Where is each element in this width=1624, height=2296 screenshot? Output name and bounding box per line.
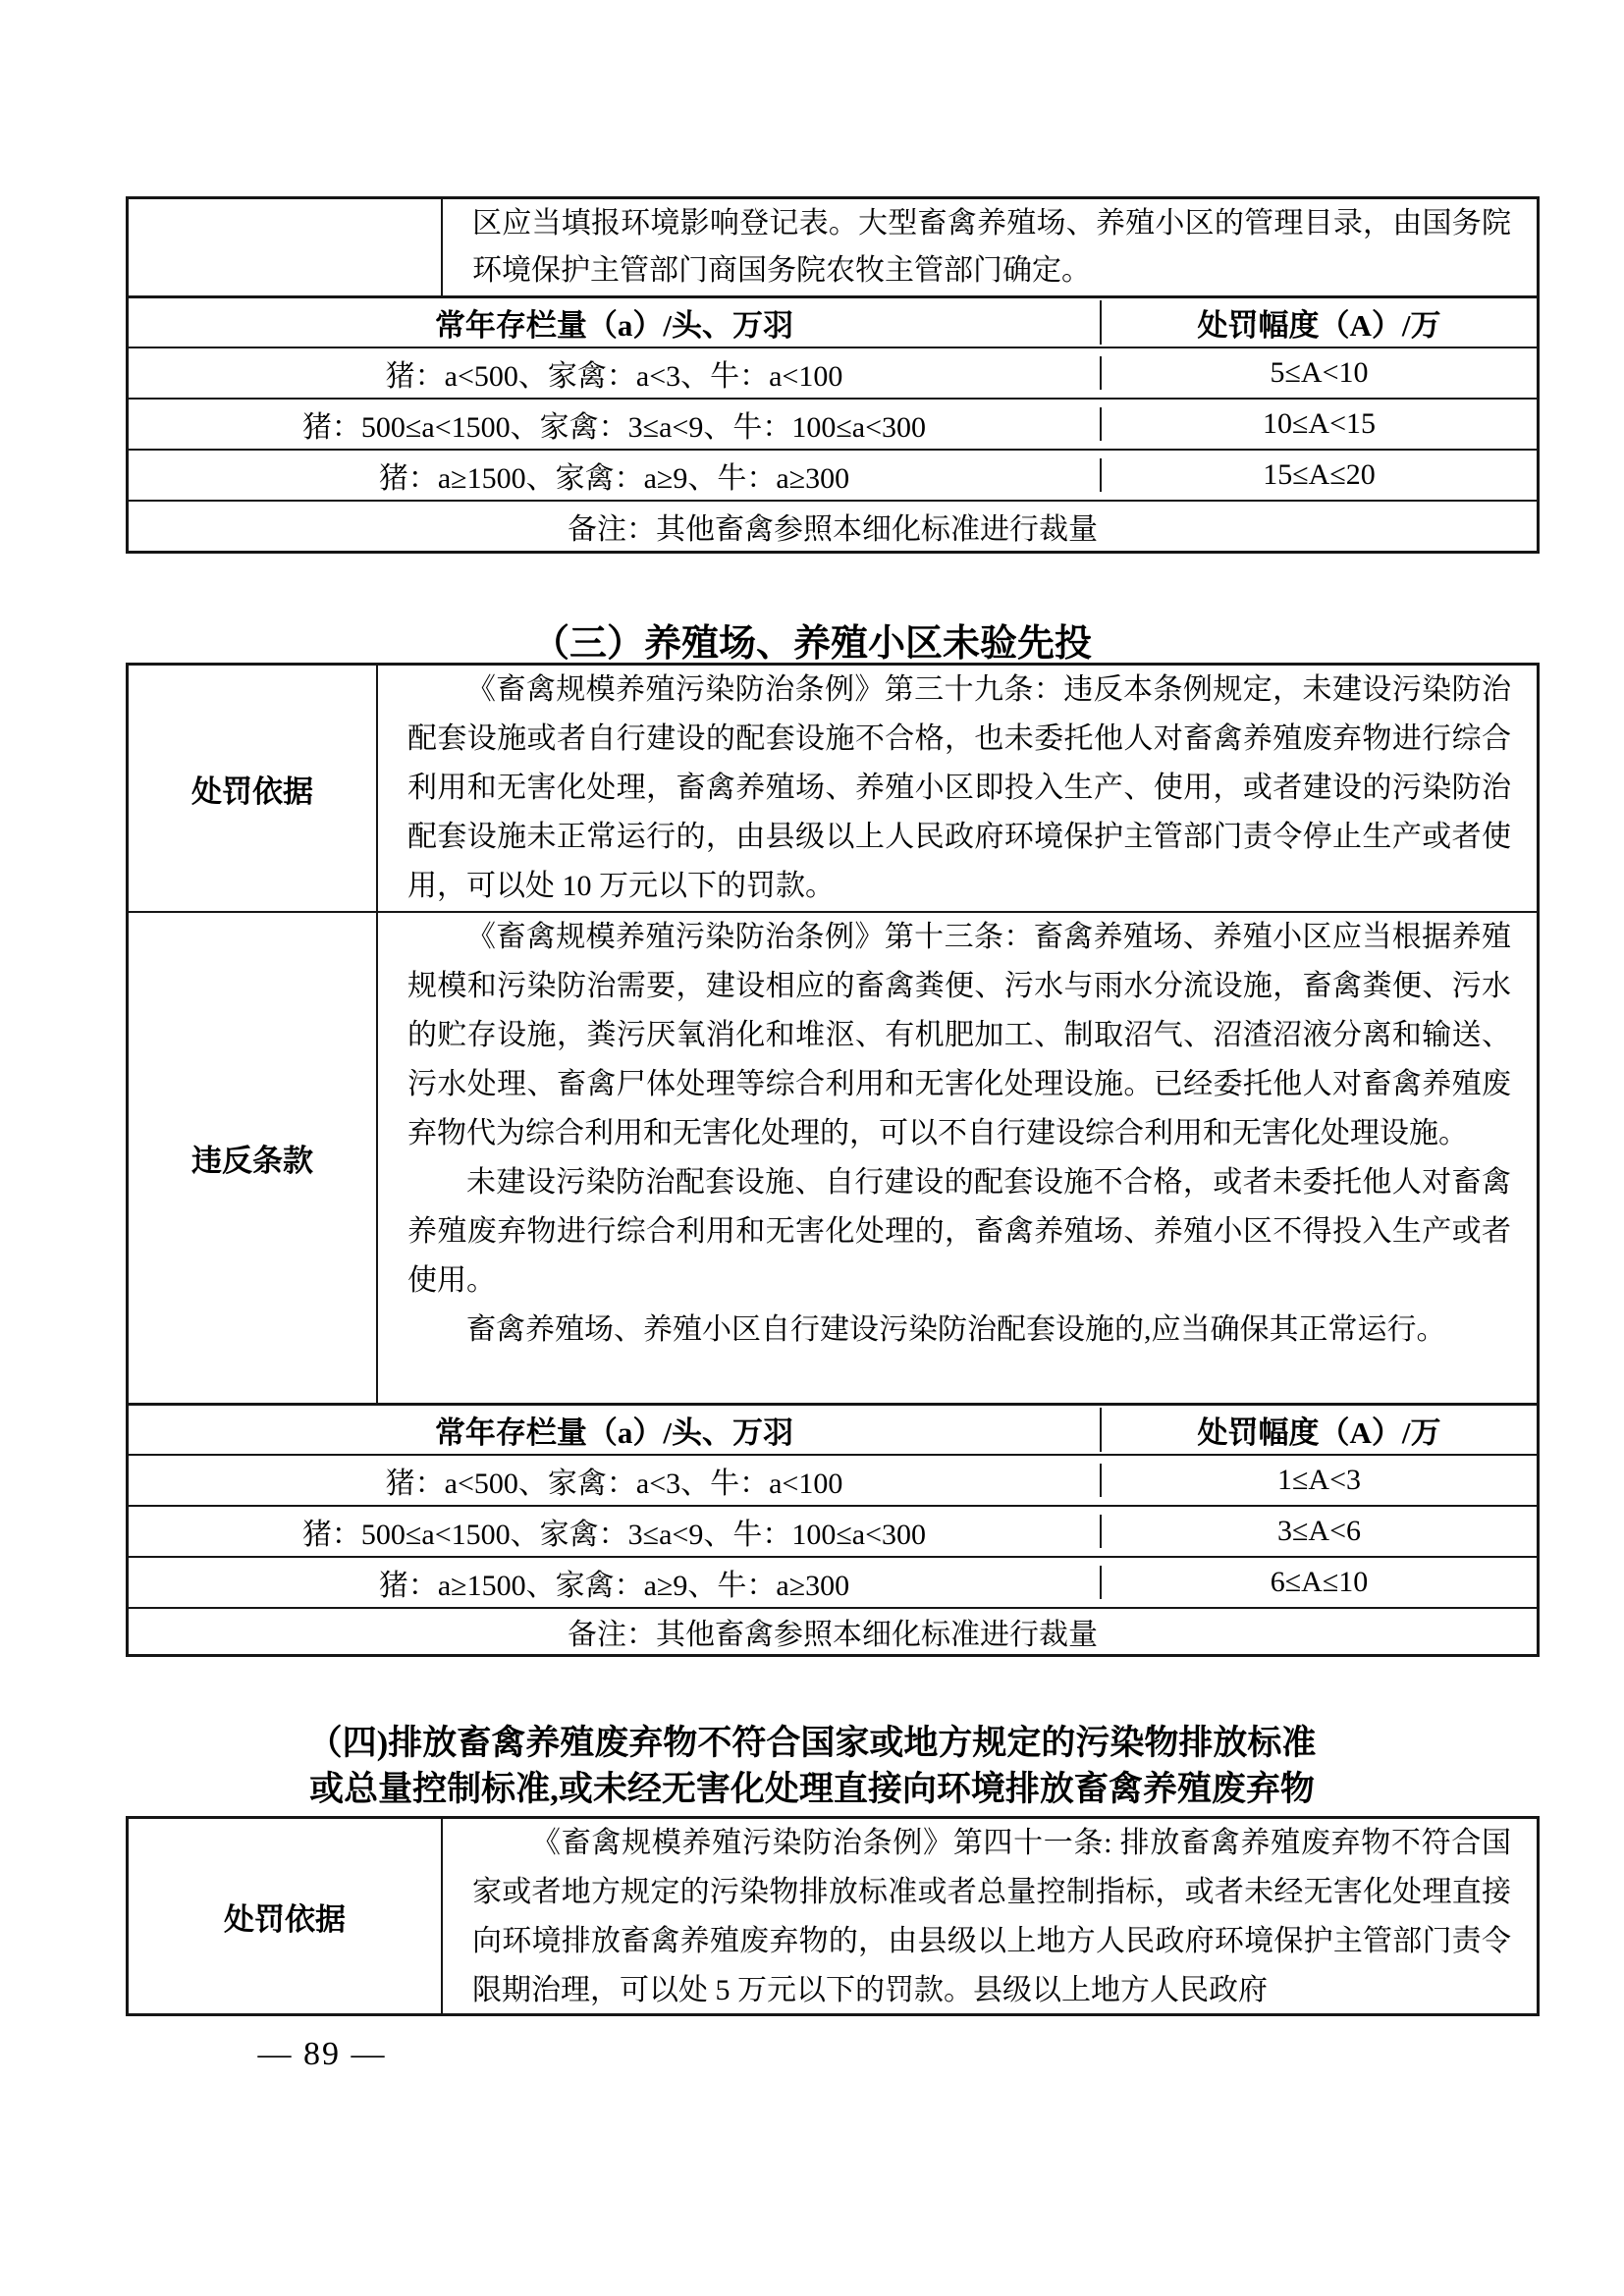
table-note-row: 备注：其他畜禽参照本细化标准进行裁量 bbox=[129, 1607, 1537, 1654]
stock-header-cell: 常年存栏量（a）/头、万羽 bbox=[129, 300, 1100, 345]
stock-range-cell: 猪：500≤a<1500、家禽：3≤a<9、牛：100≤a<300 bbox=[129, 1510, 1100, 1553]
stock-range-cell: 猪：a<500、家禽：a<3、牛：a<100 bbox=[129, 1459, 1100, 1502]
penalty-range-cell: 3≤A<6 bbox=[1100, 1515, 1537, 1548]
section-three-table: 处罚依据 《畜禽规模养殖污染防治条例》第三十九条：违反本条例规定，未建设污染防治… bbox=[126, 663, 1540, 1657]
section-three-heading: （三）养殖场、养殖小区未验先投 bbox=[0, 613, 1624, 667]
table-row: 区应当填报环境影响登记表。大型畜禽养殖场、养殖小区的管理目录，由国务院环境保护主… bbox=[129, 199, 1537, 295]
violation-paragraph-3: 畜禽养殖场、养殖小区自行建设污染防治配套设施的,应当确保其正常运行。 bbox=[407, 1306, 1511, 1355]
section-four-heading: （四)排放畜禽养殖废弃物不符合国家或地方规定的污染物排放标准 或总量控制标准,或… bbox=[0, 1720, 1624, 1812]
penalty-basis-label: 处罚依据 bbox=[129, 666, 376, 911]
page-number: — 89 — bbox=[126, 2036, 518, 2073]
prev-section-penalty-table: 区应当填报环境影响登记表。大型畜禽养殖场、养殖小区的管理目录，由国务院环境保护主… bbox=[126, 196, 1540, 554]
section-four-heading-line1: （四)排放畜禽养殖废弃物不符合国家或地方规定的污染物排放标准 bbox=[0, 1720, 1624, 1766]
continuation-paragraph: 区应当填报环境影响登记表。大型畜禽养殖场、养殖小区的管理目录，由国务院环境保护主… bbox=[472, 200, 1511, 294]
stock-range-cell: 猪：a<500、家禽：a<3、牛：a<100 bbox=[129, 351, 1100, 395]
violation-paragraph-1: 《畜禽规模养殖污染防治条例》第十三条：畜禽养殖场、养殖小区应当根据养殖规模和污染… bbox=[407, 913, 1511, 1158]
penalty-basis-text-cell: 《畜禽规模养殖污染防治条例》第四十一条: 排放畜禽养殖废弃物不符合国家或者地方规… bbox=[441, 1819, 1537, 2013]
table-row: 猪：500≤a<1500、家禽：3≤a<9、牛：100≤a<300 3≤A<6 bbox=[129, 1505, 1537, 1556]
penalty-range-cell: 15≤A≤20 bbox=[1100, 458, 1537, 492]
table-note-row: 备注：其他畜禽参照本细化标准进行裁量 bbox=[129, 500, 1537, 551]
note-cell: 备注：其他畜禽参照本细化标准进行裁量 bbox=[129, 505, 1537, 548]
penalty-basis-label: 处罚依据 bbox=[129, 1819, 441, 2013]
penalty-range-cell: 6≤A≤10 bbox=[1100, 1566, 1537, 1599]
table-row: 猪：500≤a<1500、家禽：3≤a<9、牛：100≤a<300 10≤A<1… bbox=[129, 398, 1537, 449]
section-four-table: 处罚依据 《畜禽规模养殖污染防治条例》第四十一条: 排放畜禽养殖废弃物不符合国家… bbox=[126, 1816, 1540, 2016]
section-four-heading-line2: 或总量控制标准,或未经无害化处理直接向环境排放畜禽养殖废弃物 bbox=[0, 1766, 1624, 1812]
penalty-basis-paragraph: 《畜禽规模养殖污染防治条例》第三十九条：违反本条例规定，未建设污染防治配套设施或… bbox=[407, 666, 1511, 911]
continuation-text-cell: 区应当填报环境影响登记表。大型畜禽养殖场、养殖小区的管理目录，由国务院环境保护主… bbox=[441, 199, 1537, 295]
document-page: 区应当填报环境影响登记表。大型畜禽养殖场、养殖小区的管理目录，由国务院环境保护主… bbox=[0, 0, 1624, 2296]
violation-text-cell: 《畜禽规模养殖污染防治条例》第十三条：畜禽养殖场、养殖小区应当根据养殖规模和污染… bbox=[376, 913, 1537, 1403]
penalty-header-cell: 处罚幅度（A）/万 bbox=[1100, 1408, 1537, 1452]
penalty-range-cell: 10≤A<15 bbox=[1100, 407, 1537, 441]
table-row: 猪：a<500、家禽：a<3、牛：a<100 1≤A<3 bbox=[129, 1454, 1537, 1505]
stock-range-cell: 猪：a≥1500、家禽：a≥9、牛：a≥300 bbox=[129, 1561, 1100, 1604]
violation-row: 违反条款 《畜禽规模养殖污染防治条例》第十三条：畜禽养殖场、养殖小区应当根据养殖… bbox=[129, 911, 1537, 1403]
empty-cell bbox=[129, 199, 441, 295]
stock-range-cell: 猪：500≤a<1500、家禽：3≤a<9、牛：100≤a<300 bbox=[129, 402, 1100, 446]
penalty-header-cell: 处罚幅度（A）/万 bbox=[1100, 300, 1537, 345]
penalty-basis-row: 处罚依据 《畜禽规模养殖污染防治条例》第四十一条: 排放畜禽养殖废弃物不符合国家… bbox=[129, 1819, 1537, 2013]
penalty-basis-paragraph: 《畜禽规模养殖污染防治条例》第四十一条: 排放畜禽养殖废弃物不符合国家或者地方规… bbox=[472, 1819, 1511, 2013]
penalty-basis-text-cell: 《畜禽规模养殖污染防治条例》第三十九条：违反本条例规定，未建设污染防治配套设施或… bbox=[376, 666, 1537, 911]
table-row: 猪：a≥1500、家禽：a≥9、牛：a≥300 15≤A≤20 bbox=[129, 449, 1537, 500]
penalty-range-cell: 1≤A<3 bbox=[1100, 1464, 1537, 1497]
penalty-range-cell: 5≤A<10 bbox=[1100, 356, 1537, 390]
table-header-row: 常年存栏量（a）/头、万羽 处罚幅度（A）/万 bbox=[129, 1403, 1537, 1454]
note-cell: 备注：其他畜禽参照本细化标准进行裁量 bbox=[129, 1610, 1537, 1653]
violation-label: 违反条款 bbox=[129, 913, 376, 1403]
table-header-row: 常年存栏量（a）/头、万羽 处罚幅度（A）/万 bbox=[129, 295, 1537, 347]
penalty-basis-row: 处罚依据 《畜禽规模养殖污染防治条例》第三十九条：违反本条例规定，未建设污染防治… bbox=[129, 666, 1537, 911]
stock-header-cell: 常年存栏量（a）/头、万羽 bbox=[129, 1408, 1100, 1452]
violation-paragraph-2: 未建设污染防治配套设施、自行建设的配套设施不合格，或者未委托他人对畜禽养殖废弃物… bbox=[407, 1158, 1511, 1306]
table-row: 猪：a<500、家禽：a<3、牛：a<100 5≤A<10 bbox=[129, 347, 1537, 398]
table-row: 猪：a≥1500、家禽：a≥9、牛：a≥300 6≤A≤10 bbox=[129, 1556, 1537, 1607]
stock-range-cell: 猪：a≥1500、家禽：a≥9、牛：a≥300 bbox=[129, 454, 1100, 497]
